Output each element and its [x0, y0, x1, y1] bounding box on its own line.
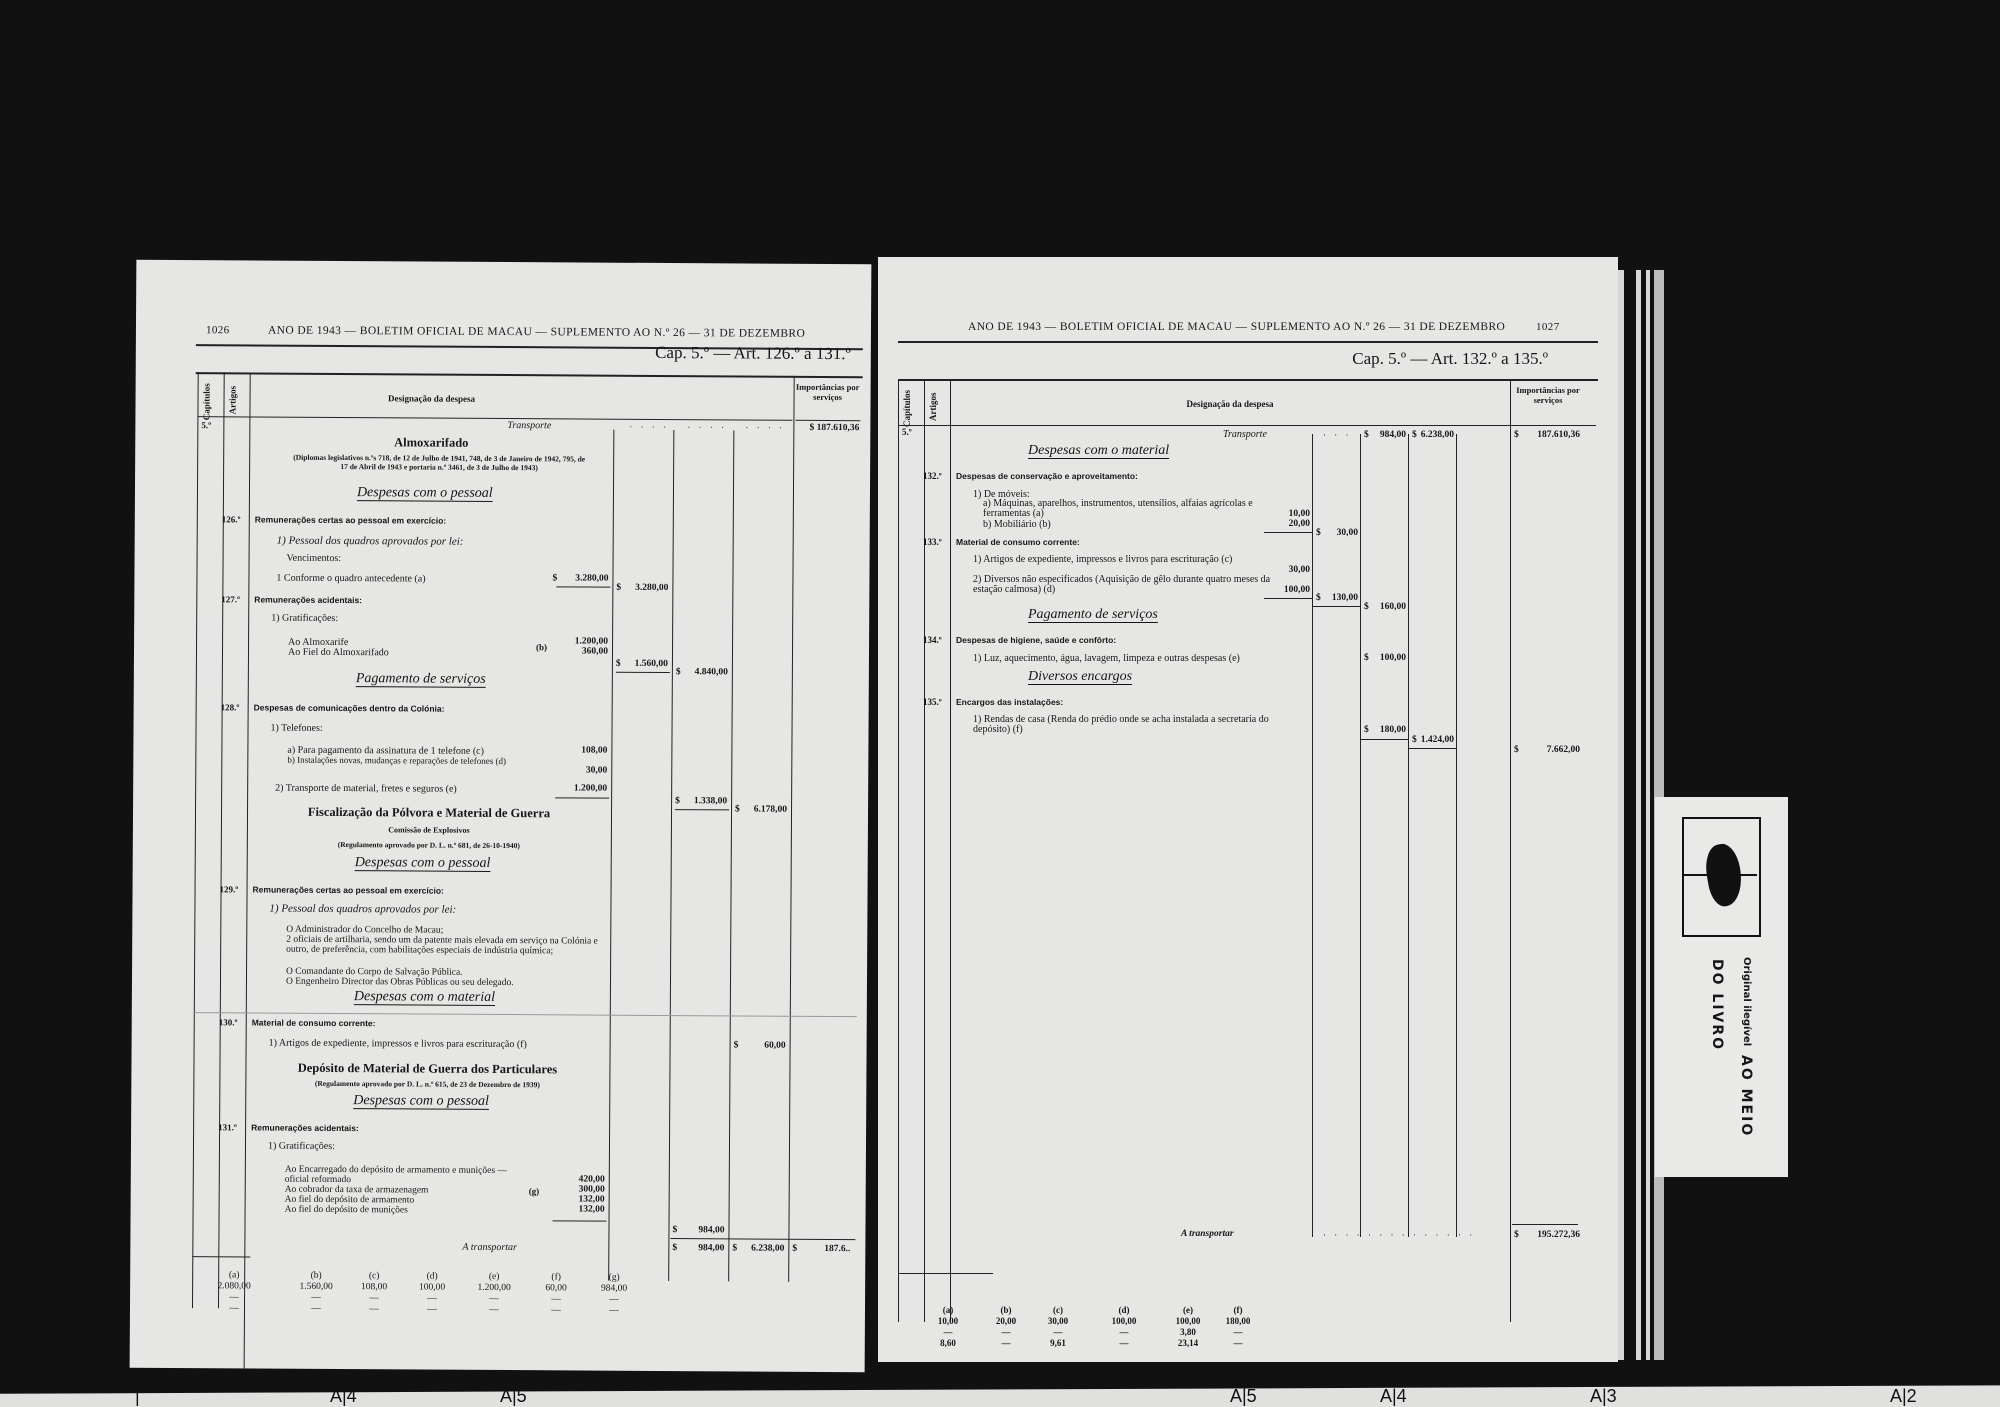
- amount: 420,00: [553, 1174, 605, 1184]
- subsection-heading: Diversos encargos: [1028, 669, 1132, 685]
- line-item: Ao Encarregado do depósito de armamento …: [285, 1165, 525, 1186]
- footnotes: (a) 2.080,00 — —(b) 1.560,00 — —(c) 108,…: [198, 372, 863, 376]
- transporte-label: Transporte: [1223, 429, 1267, 440]
- subsection-heading: Pagamento de serviços: [356, 671, 486, 688]
- blot-icon: [1682, 817, 1761, 937]
- article-number: 131.º: [218, 1122, 237, 1132]
- article-number: 132.º: [923, 471, 942, 481]
- note-line-2: AO MEIO: [1738, 1055, 1754, 1137]
- footnote: (c) 108,00 — —: [346, 1271, 402, 1315]
- total: 6.178,00: [735, 804, 787, 814]
- legal-note: (Regulamento aprovado por D. L. n.º 615,…: [245, 1078, 609, 1089]
- running-head: ANO DE 1943 — BOLETIM OFICIAL DE MACAU —…: [878, 315, 1618, 341]
- line-item: b) Instalações novas, mudanças e reparaç…: [287, 755, 506, 766]
- header-artigos: Artigos: [928, 393, 938, 422]
- article-heading: Remunerações certas ao pessoal em exercí…: [255, 514, 446, 525]
- running-title: ANO DE 1943 — BOLETIM OFICIAL DE MACAU —…: [268, 325, 805, 340]
- page-number: 1026: [206, 324, 230, 336]
- article-number: 127.º: [221, 594, 240, 604]
- transporte-value: 187.610,36: [1514, 430, 1580, 440]
- marker: A|3: [1590, 1386, 1617, 1407]
- left-page: 1026 ANO DE 1943 — BOLETIM OFICIAL DE MA…: [130, 260, 872, 1372]
- a-transportar-label: A transportar: [462, 1242, 517, 1253]
- article-heading: Despesas de higiene, saúde e confôrto:: [956, 635, 1116, 645]
- line-item: Ao fiel do depósito de munições: [285, 1205, 408, 1216]
- marker: A|4: [1380, 1386, 1407, 1407]
- marker: A|2: [1890, 1386, 1917, 1407]
- footnote: (d) 100,00 — —: [1098, 1305, 1150, 1349]
- total: 160,00: [1364, 602, 1406, 612]
- marker: A|4: [330, 1386, 357, 1407]
- calibration-strip: [0, 1383, 2000, 1407]
- running-title: ANO DE 1943 — BOLETIM OFICIAL DE MACAU —…: [968, 321, 1505, 333]
- article-number: 133.º: [923, 537, 942, 547]
- note-line-3: DO LIVRO: [1709, 959, 1725, 1051]
- page-number: 1027: [1536, 321, 1560, 333]
- footnote: (f) 180,00 — —: [1212, 1305, 1264, 1349]
- article-number: 130.º: [219, 1017, 238, 1027]
- amount: 20,00: [1266, 519, 1310, 529]
- amount: 100,00: [1266, 585, 1310, 595]
- footnote: (d) 100,00 — —: [404, 1271, 460, 1315]
- a-transportar-value: 6.238,00: [732, 1243, 784, 1253]
- article-heading: Material de consumo corrente:: [956, 537, 1080, 547]
- line-item: 1) Artigos de expediente, impressos e li…: [269, 1038, 527, 1051]
- a-transportar-label: A transportar: [1181, 1229, 1234, 1239]
- subsection-heading: Despesas com o pessoal: [353, 1093, 489, 1110]
- article-heading: Despesas de comunicações dentro da Colón…: [254, 702, 445, 713]
- article-number: 134.º: [923, 635, 942, 645]
- amount: 30,00: [555, 765, 607, 775]
- item: 1) Pessoal dos quadros aprovados por lei…: [277, 535, 464, 548]
- amount: 108,00: [555, 745, 607, 755]
- line-item: a) Máquinas, aparelhos, instrumentos, ut…: [983, 499, 1273, 519]
- amount: 132,00: [553, 1204, 605, 1214]
- article-heading: Remunerações acidentais:: [251, 1122, 359, 1133]
- article-heading: Remunerações certas ao pessoal em exercí…: [253, 884, 444, 895]
- legal-note: (Regulamento aprovado por D. L. n.º 681,…: [247, 839, 611, 850]
- a-transportar-value: 195.272,36: [1514, 1230, 1580, 1240]
- total: 7.662,00: [1514, 745, 1580, 755]
- subtotal: 3.280,00: [616, 583, 668, 593]
- footnote: (g) 984,00 — —: [586, 1273, 642, 1317]
- marker: A|5: [500, 1386, 527, 1407]
- legal-note: (Diplomas legislativos n.ºs 718, de 12 d…: [289, 453, 589, 473]
- article-heading: Material de consumo corrente:: [252, 1017, 376, 1028]
- line-item: 2) Diversos não especificados (Aquisição…: [973, 575, 1273, 595]
- line-item: b) Mobiliário (b): [983, 519, 1051, 530]
- line-item: 2) Transporte de material, fretes e segu…: [275, 783, 457, 795]
- total: 4.840,00: [676, 667, 728, 677]
- subtotal: 1.338,00: [675, 796, 727, 806]
- header-designacao: Designação da despesa: [250, 392, 614, 404]
- transporte-value: $ 187.610,36: [793, 423, 859, 433]
- header-designacao: Designação da despesa: [950, 399, 1510, 409]
- chapter-ref: Cap. 5.º — Art. 132.º a 135.º: [1352, 349, 1548, 369]
- header-importancias: Importâncias por serviços: [1510, 385, 1586, 405]
- amount: 3.280,00: [556, 573, 608, 583]
- footnote: (b) 20,00 — —: [980, 1305, 1032, 1349]
- expense-table: Capítulos Artigos Designação da despesa …: [898, 379, 1598, 1362]
- subsection-heading: Despesas com o pessoal: [355, 855, 491, 872]
- note-line-1: Original ilegível: [1741, 957, 1752, 1046]
- footnote: (b) 1.560,00 — —: [288, 1271, 344, 1315]
- footnote: (e) 1.200,00 — —: [466, 1272, 522, 1316]
- footnote: (a) 10,00 — 8,60: [922, 1305, 974, 1349]
- section-title-polvora: Fiscalização da Pólvora e Material de Gu…: [247, 804, 611, 821]
- subtotal: 984,00: [672, 1225, 724, 1235]
- section-subtitle: Comissão de Explosivos: [247, 824, 611, 835]
- chapter-number: 5.º: [201, 420, 211, 430]
- article-heading: Remunerações acidentais:: [254, 594, 362, 605]
- article-number: 128.º: [221, 702, 240, 712]
- member: 2 oficiais de artilharia, sendo um da pa…: [286, 935, 606, 957]
- item: 1) Gratificações:: [271, 613, 338, 624]
- footnote: (a) 2.080,00 — —: [206, 1270, 262, 1314]
- article-number: 135.º: [923, 697, 942, 707]
- transporte-value: 6.238,00: [1412, 430, 1454, 440]
- subsection-heading: Despesas com o pessoal: [357, 485, 493, 502]
- footnote: (e) 100,00 3,80 23,14: [1162, 1305, 1214, 1349]
- chapter-ref: Cap. 5.º — Art. 126.º a 131.º: [655, 343, 851, 364]
- header-capitulos: Capítulos: [201, 383, 211, 420]
- header-artigos: Artigos: [227, 386, 237, 415]
- footnote-ref: (b): [536, 642, 547, 652]
- subsection-heading: Pagamento de serviços: [1028, 607, 1158, 623]
- item: 1) Gratificações:: [268, 1141, 335, 1152]
- amount: 30,00: [1266, 565, 1310, 575]
- section-title-almoxarifado: Almoxarifado: [249, 434, 613, 451]
- line-item: Ao Fiel do Almoxarifado: [288, 647, 389, 659]
- transporte-value: 984,00: [1364, 430, 1406, 440]
- subtotal: 30,00: [1316, 528, 1358, 538]
- amount: 1.200,00: [555, 783, 607, 793]
- amount: 60,00: [734, 1040, 786, 1050]
- header-importancias: Importâncias por serviços: [794, 382, 862, 402]
- marker: A|5: [1230, 1386, 1257, 1407]
- divider: [898, 341, 1598, 343]
- a-transportar-value: 187.6..: [792, 1244, 850, 1254]
- section-title-deposito: Depósito de Material de Guerra dos Parti…: [245, 1060, 609, 1077]
- line-item: 1) Luz, aquecimento, água, lavagem, limp…: [973, 653, 1240, 664]
- article-number: 126.º: [222, 514, 241, 524]
- subsection-heading: Despesas com o material: [1028, 443, 1169, 459]
- member: O Engenheiro Director das Obras Públicas…: [286, 977, 514, 988]
- amount: 300,00: [553, 1184, 605, 1194]
- footnote: (f) 60,00 — —: [528, 1272, 584, 1316]
- subtotal: 1.424,00: [1412, 735, 1454, 745]
- item: 1) Pessoal dos quadros aprovados por lei…: [269, 903, 456, 916]
- subsection-heading: Despesas com o material: [354, 989, 495, 1006]
- a-transportar-value: 984,00: [672, 1243, 724, 1253]
- header-capitulos: Capítulos: [902, 390, 912, 427]
- amount: 10,00: [1266, 509, 1310, 519]
- line-item: 1 Conforme o quadro antecedente (a): [276, 573, 425, 585]
- chapter-number: 5.º: [902, 427, 912, 437]
- transporte-label: Transporte: [507, 420, 551, 431]
- footnote-ref: (g): [529, 1186, 540, 1196]
- line-item: 1) Rendas de casa (Renda do prédio onde …: [973, 715, 1303, 735]
- article-heading: Despesas de conservação e aproveitamento…: [956, 471, 1138, 481]
- line-item: 1) Artigos de expediente, impressos e li…: [973, 555, 1273, 565]
- footnote: (c) 30,00 — 9,61: [1032, 1305, 1084, 1349]
- subtotal: 1.560,00: [616, 659, 668, 669]
- amount: 100,00: [1364, 653, 1406, 663]
- illegible-note-card: Original ilegível AO MEIO DO LIVRO: [1655, 797, 1788, 1177]
- subtotal: 130,00: [1316, 593, 1358, 603]
- article-number: 129.º: [220, 884, 239, 894]
- item: Vencimentos:: [287, 553, 342, 564]
- amount: 360,00: [556, 646, 608, 656]
- expense-table: Capítulos Artigos Designação da despesa …: [192, 372, 863, 1372]
- right-page: ANO DE 1943 — BOLETIM OFICIAL DE MACAU —…: [878, 257, 1618, 1362]
- amount: 132,00: [553, 1194, 605, 1204]
- item: 1) Telefones:: [270, 723, 322, 734]
- amount: 180,00: [1364, 725, 1406, 735]
- article-heading: Encargos das instalações:: [956, 697, 1063, 707]
- marker: |: [135, 1386, 140, 1407]
- amount: 1.200,00: [556, 636, 608, 646]
